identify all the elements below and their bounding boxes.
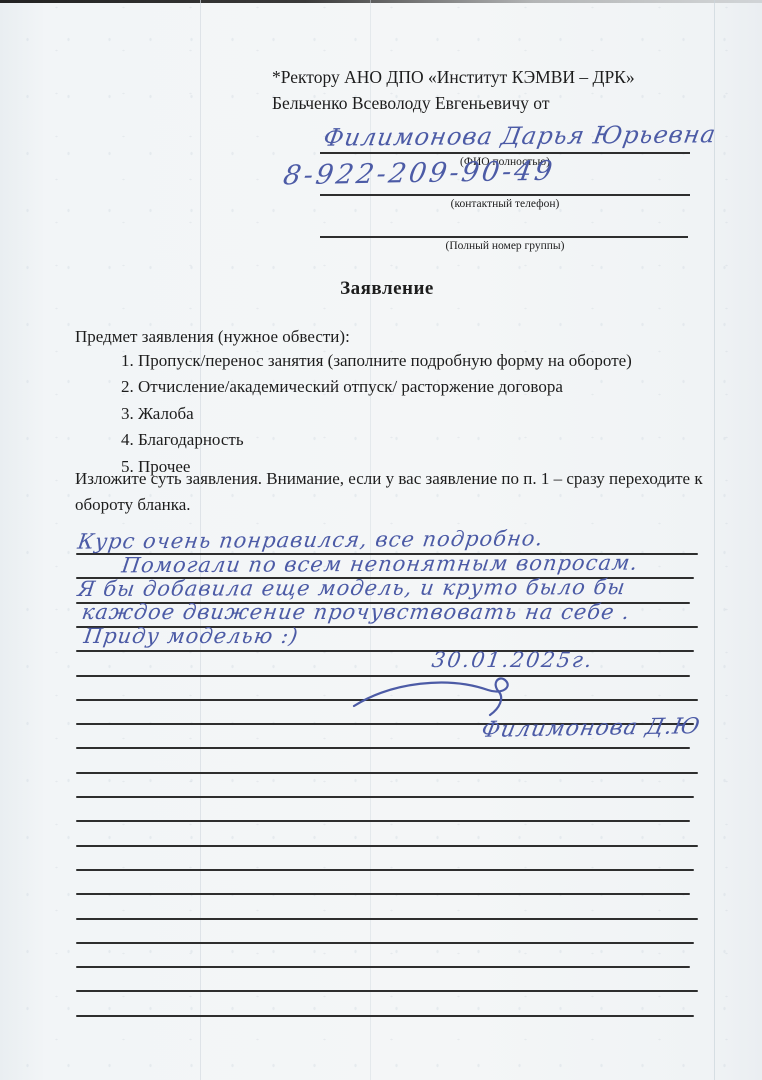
rule-line [76, 1015, 694, 1017]
rule-line [76, 893, 690, 895]
rule-line [76, 747, 690, 749]
recipient-header: *Ректору АНО ДПО «Институт КЭМВИ – ДРК» … [272, 64, 712, 117]
scan-edge-artifact [0, 0, 762, 3]
phone-field-label: (контактный телефон) [320, 198, 690, 210]
fio-underline [320, 152, 690, 154]
rule-line [76, 942, 694, 944]
phone-underline [320, 194, 690, 196]
subject-options-list: Пропуск/перенос занятия (заполните подро… [100, 350, 632, 482]
group-field-label: (Полный номер группы) [320, 240, 690, 252]
handwritten-signature-name: Филимонова Д.Ю [479, 714, 703, 743]
statement-line: Я бы добавила еще модель, и круто было б… [76, 575, 627, 601]
subject-prompt: Предмет заявления (нужное обвести): [75, 327, 350, 347]
instruction-text: Изложите суть заявления. Внимание, если … [75, 466, 723, 519]
signature-flourish-icon [350, 672, 535, 720]
statement-line: Курс очень понравился, все подробно. [76, 526, 545, 553]
statement-line: Помогали по всем непонятным вопросам. [120, 551, 640, 578]
recipient-line-1: *Ректору АНО ДПО «Институт КЭМВИ – ДРК» [272, 64, 712, 90]
subject-option-3: Жалоба [138, 403, 632, 425]
handwritten-phone: 8-922-209-90-49 [281, 156, 557, 192]
statement-line: Приду моделью :) [82, 624, 300, 648]
rule-line [76, 966, 690, 968]
rule-line [76, 990, 698, 992]
rule-line [76, 772, 698, 774]
rule-line [76, 845, 698, 847]
subject-option-4: Благодарность [138, 429, 632, 451]
group-underline [320, 236, 688, 238]
rule-line [76, 869, 694, 871]
subject-option-2: Отчисление/академический отпуск/ расторж… [138, 376, 632, 398]
handwritten-full-name: Филимонова Дарья Юрьевна [321, 120, 718, 151]
paper-fold-line [714, 0, 715, 1080]
scanned-application-page: *Ректору АНО ДПО «Институт КЭМВИ – ДРК» … [0, 0, 762, 1080]
rule-line [76, 796, 694, 798]
rule-line [76, 918, 698, 920]
rule-line [76, 820, 690, 822]
document-title: Заявление [75, 278, 699, 300]
statement-line: каждое движение прочувствовать на себе . [80, 600, 631, 624]
rule-line [76, 650, 694, 652]
subject-option-1: Пропуск/перенос занятия (заполните подро… [138, 350, 632, 372]
handwritten-date: 30.01.2025г. [430, 648, 595, 672]
recipient-line-2: Бельченко Всеволоду Евгеньевичу от [272, 90, 712, 116]
